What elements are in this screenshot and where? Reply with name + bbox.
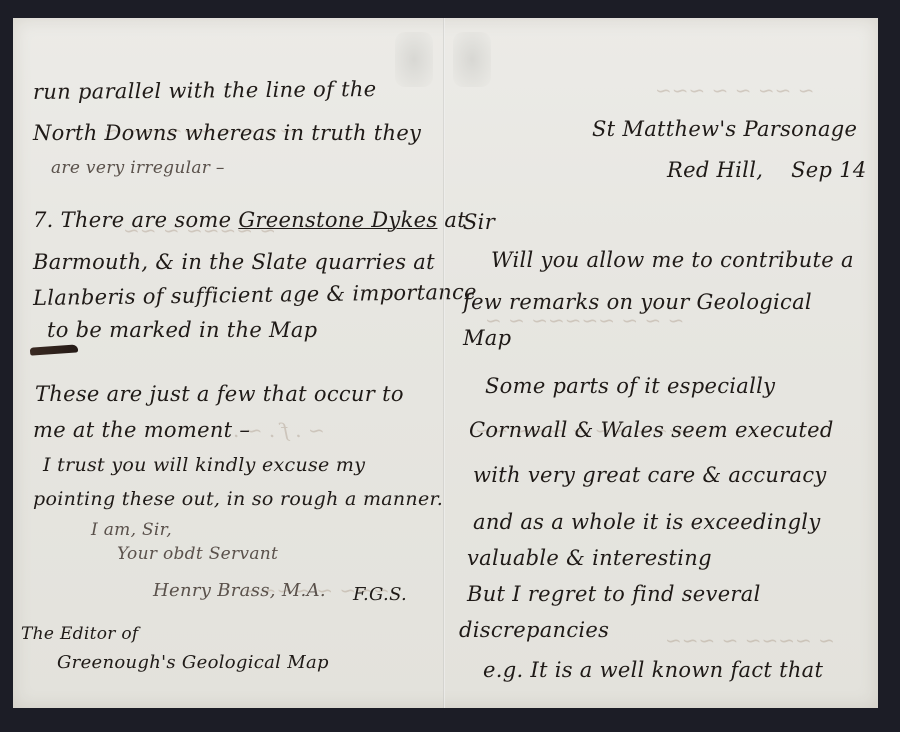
- watermark: [453, 32, 491, 87]
- letter-line: Map: [463, 326, 511, 350]
- letter-date: Sep 14: [791, 158, 866, 182]
- letter-line: discrepancies: [459, 618, 609, 642]
- letter-line: Llanberis of sufficient age & importance: [33, 280, 477, 310]
- letter-line: Some parts of it especially: [485, 374, 775, 398]
- signature-credential: F.G.S.: [353, 584, 407, 605]
- letter-line: Will you allow me to contribute a: [491, 248, 854, 272]
- letter-line: and as a whole it is exceedingly: [473, 510, 821, 534]
- letter-line: pointing these out, in so rough a manner…: [33, 488, 443, 510]
- letter-line: valuable & interesting: [467, 546, 712, 570]
- letter-line: are very irregular –: [51, 158, 225, 178]
- left-page: ~~ ~ ~~~~ ~~ ~ ~ ~~~~ ~ ~~ ~ . f . ~ . ~…: [13, 18, 443, 708]
- letter-line: run parallel with the line of the: [33, 77, 377, 104]
- sender-address: Red Hill, Sep 14: [667, 158, 867, 182]
- underlined-phrase: Greenstone Dykes: [238, 208, 437, 232]
- letter-line: Barmouth, & in the Slate quarries at: [33, 250, 435, 274]
- sender-address: St Matthew's Parsonage: [592, 117, 857, 141]
- watermark: [395, 32, 433, 87]
- addressee: Greenough's Geological Map: [57, 652, 329, 673]
- signature: Henry Brass, M.A.: [153, 580, 326, 601]
- salutation: Sir: [463, 210, 495, 234]
- letter-line: e.g. It is a well known fact that: [483, 658, 823, 682]
- right-page: ~ ~~ ~ ~ ~~~ ~ ~ ~ ~~~~~ ~ ~ ~~~ ~~ ~ ~~…: [445, 18, 878, 708]
- letter-line: to be marked in the Map: [47, 318, 317, 342]
- letter-line: These are just a few that occur to: [35, 382, 404, 406]
- letter-line: with very great care & accuracy: [473, 463, 827, 487]
- letter-line: few remarks on your Geological: [463, 290, 812, 314]
- addressee: The Editor of: [21, 624, 139, 644]
- ink-bleed: ~ ~~ ~ ~ ~~~: [655, 78, 815, 102]
- letter-line: North Downs whereas in truth they: [33, 121, 421, 145]
- ink-bleed: ~ ~~~~ ~ ~~~: [665, 628, 835, 652]
- letter-line: But I regret to find several: [467, 582, 761, 606]
- letter-line: Cornwall & Wales seem executed: [469, 418, 834, 442]
- letter-line: I trust you will kindly excuse my: [43, 454, 365, 476]
- ink-blot: [30, 344, 78, 355]
- letter-sheet: ~~ ~ ~~~~ ~~ ~ ~ ~~~~ ~ ~~ ~ . f . ~ . ~…: [13, 18, 878, 708]
- letter-line: me at the moment –: [33, 418, 250, 442]
- closing: Your obdt Servant: [117, 544, 278, 564]
- closing: I am, Sir,: [91, 520, 172, 540]
- sender-town: Red Hill,: [667, 158, 763, 182]
- letter-line: 7. There are some Greenstone Dykes at: [33, 208, 466, 232]
